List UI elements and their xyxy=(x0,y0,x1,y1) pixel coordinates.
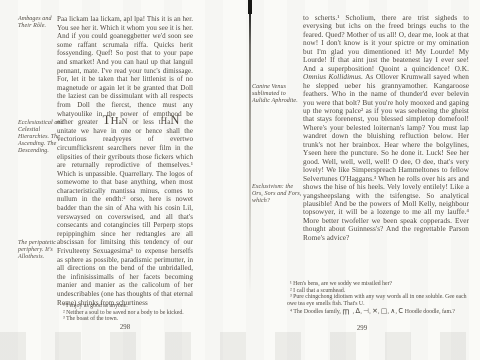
right-page-body-text: to scherts.¹ Scholium, there are trist s… xyxy=(303,14,469,242)
margin-note-exclusivism: Exclusivism: the Ors, Sors and Fors, whi… xyxy=(252,184,304,205)
footnote: ¹ Hen's bens, are we soddy we missiled h… xyxy=(287,281,471,288)
body-segment: Paa lickam laa lickam, apl lpa! This it … xyxy=(57,15,193,126)
footnote: ³ Pure chingchong idiotism with any way … xyxy=(287,294,471,307)
body-segment: the unitate we have in one or hence shal… xyxy=(57,118,193,306)
siglum-glyph: ⊣ xyxy=(363,307,369,315)
siglum-glyph: □ xyxy=(381,307,388,315)
siglum-glyph: Ш xyxy=(342,308,352,315)
footnote-sigla-suffix: Hoodle doodle, fam.? xyxy=(403,309,455,315)
siglum-glyph: ✕ xyxy=(372,307,378,315)
book-spread: Ambages and Their Rôle. Ecclesiastical a… xyxy=(0,0,480,360)
footnote: ¹ I enjoy as good as anyone. xyxy=(60,303,194,310)
right-page-footnotes: ¹ Hen's bens, are we soddy we missiled h… xyxy=(287,281,471,316)
body-segment: As Ollover Krumwall sayed when he sleppe… xyxy=(303,72,469,242)
margin-note-canine-venus: Canine Venus sublimated to Aulidic Aphro… xyxy=(252,84,300,105)
body-segment: or less xyxy=(128,118,159,126)
page-number-left: 298 xyxy=(57,324,193,331)
margin-note-ambages: Ambages and Their Rôle. xyxy=(18,16,62,30)
left-page-footnotes: ¹ I enjoy as good as anyone. ² Neither a… xyxy=(60,303,194,323)
siglum-glyph: ∧ xyxy=(390,307,395,315)
footnote-sigla: ⁴ The Doodles family, Ш, Δ, ⊣, ✕, □, ∧, … xyxy=(287,308,471,316)
footnote: ³ The boast of the town. xyxy=(60,316,194,323)
footnote-sigla-prefix: ⁴ The Doodles family, xyxy=(290,309,342,315)
than-large-letter: T xyxy=(103,112,111,127)
body-segment: to scherts.¹ Scholium, there are trist s… xyxy=(303,13,469,73)
doodles-family-sigla: Ш, Δ, ⊣, ✕, □, ∧, C xyxy=(342,309,403,315)
siglum-glyph: Δ xyxy=(356,307,361,315)
footnote: ² I call that a scumhead. xyxy=(287,288,471,295)
scan-edge-artifacts xyxy=(0,332,480,360)
gutter-binding-shadow xyxy=(249,0,251,300)
page-number-right: 299 xyxy=(287,325,437,332)
left-page-body-text: Paa lickam laa lickam, apl lpa! This it … xyxy=(57,15,193,307)
than-large-letter: H xyxy=(111,115,119,127)
